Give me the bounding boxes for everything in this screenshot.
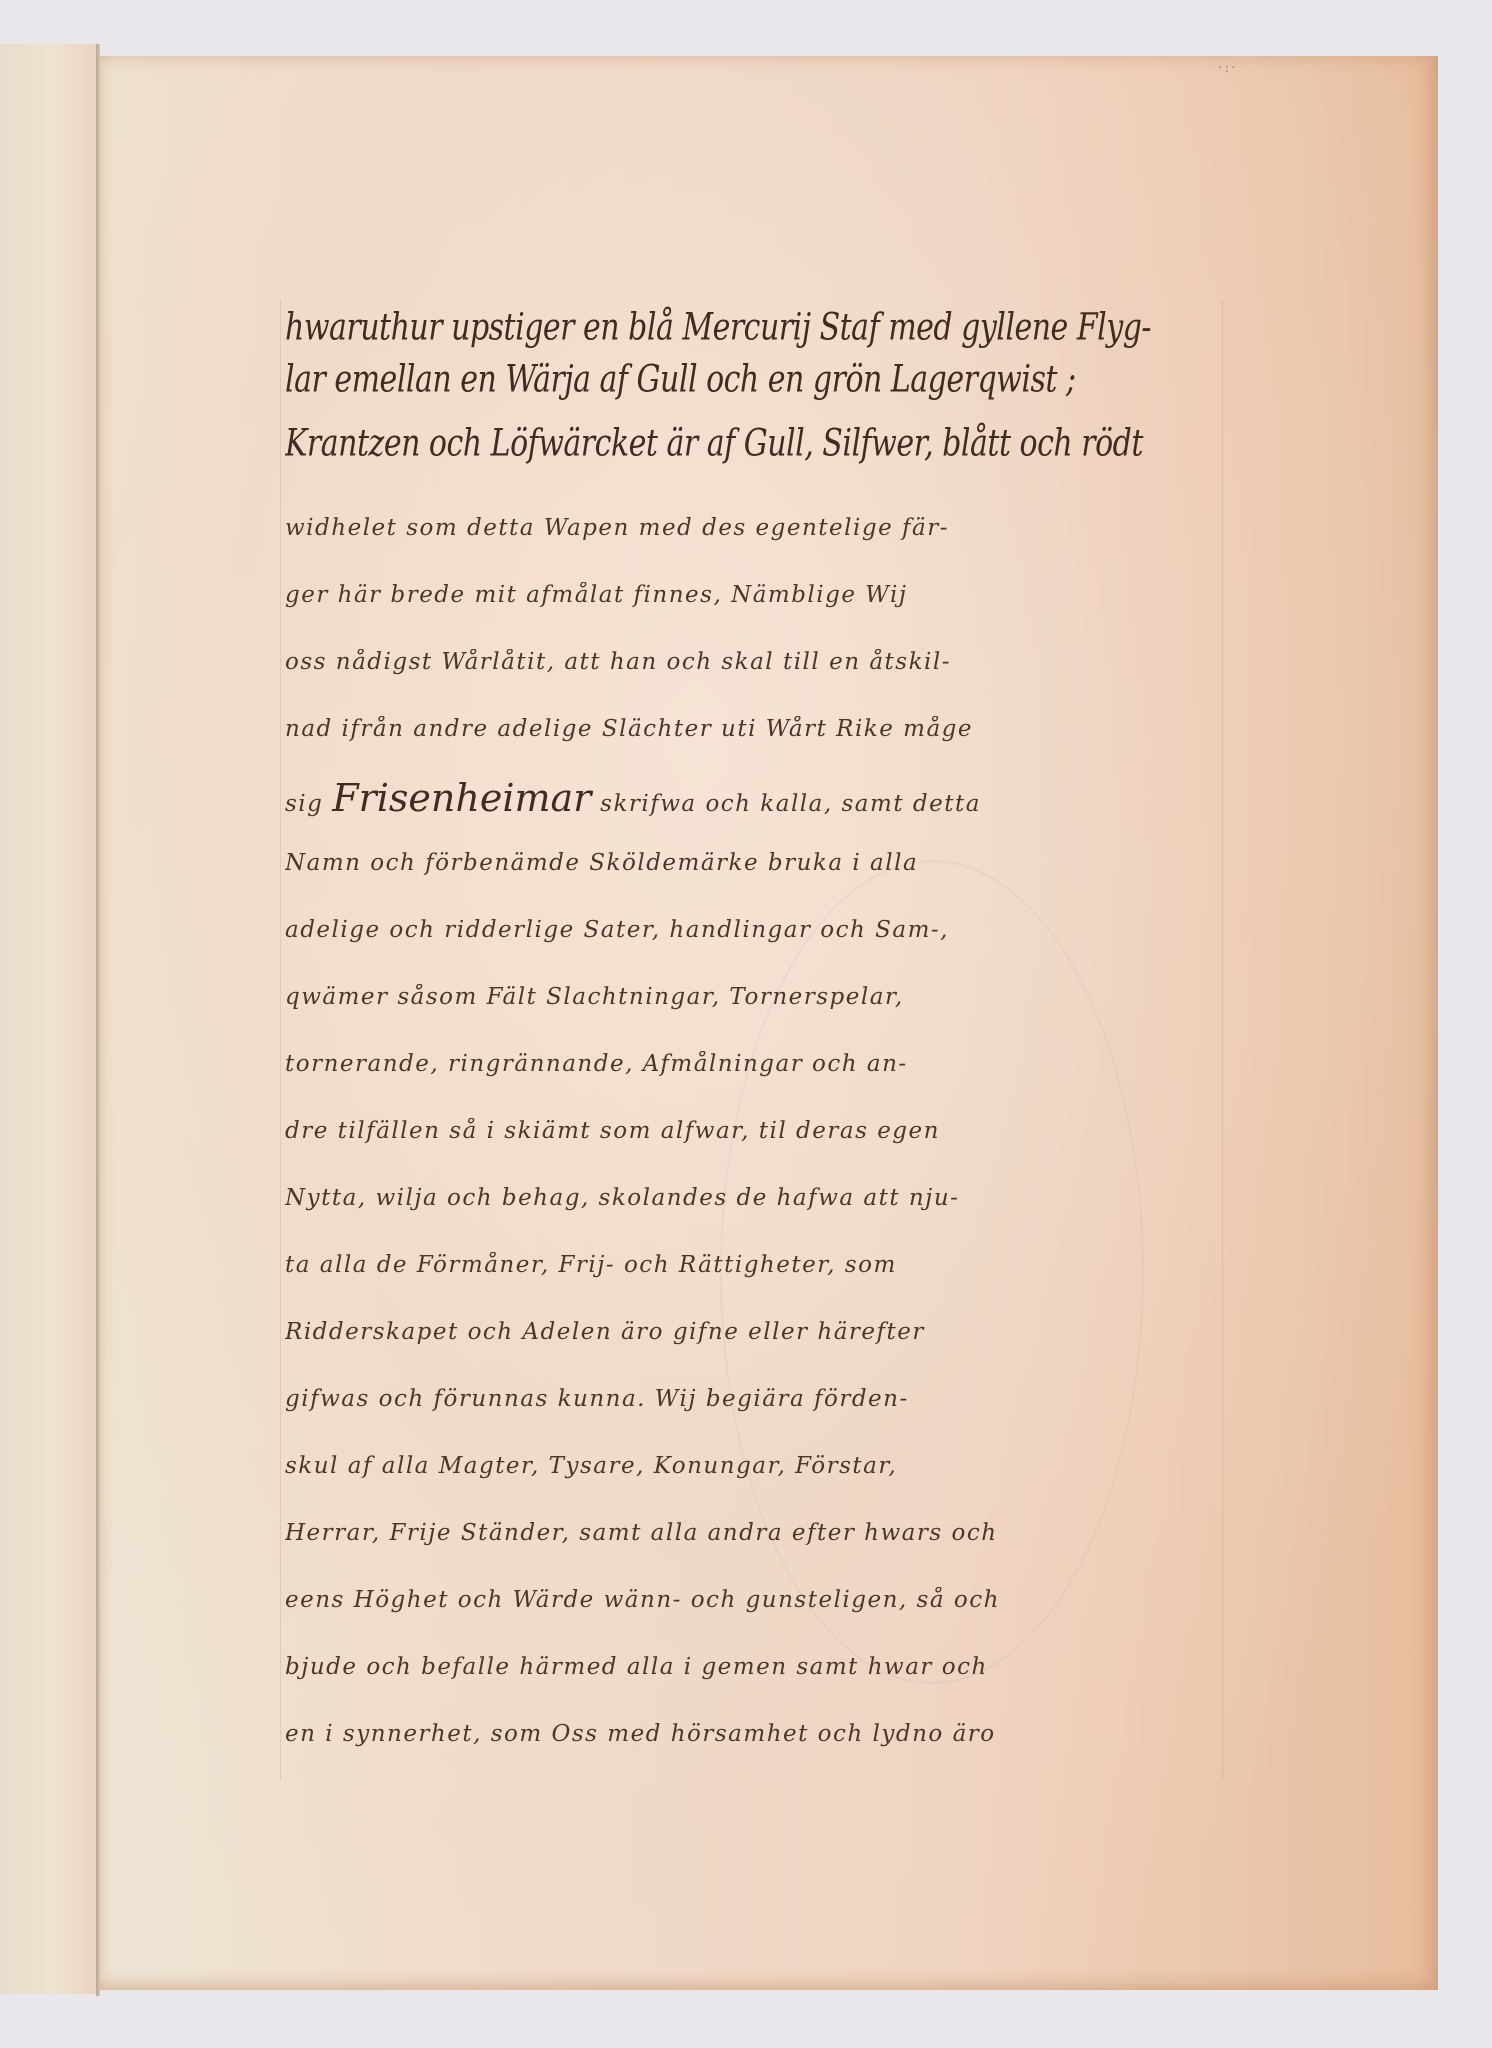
text-line-2: lar emellan en Wärja af Gull och en grön… (285, 358, 1245, 402)
line-8-suffix: skrifwa och kalla, samt detta (591, 791, 981, 817)
text-line-9: Namn och förbenämde Sköldemärke bruka i … (285, 850, 1245, 876)
text-line-3: Krantzen och Löfwärcket är af Gull, Silf… (285, 422, 1245, 466)
text-line-6: oss nådigst Wårlåtit, att han och skal t… (285, 649, 1245, 675)
text-line-19: Herrar, Frije Ständer, samt alla andra e… (285, 1520, 1245, 1546)
text-line-16: Ridderskapet och Adelen äro gifne eller … (285, 1319, 1245, 1345)
text-line-18: skul af alla Magter, Tysare, Konungar, F… (285, 1453, 1245, 1479)
text-line-17: gifwas och förunnas kunna. Wij begiära f… (285, 1386, 1245, 1412)
left-page-edge (0, 44, 100, 1994)
text-line-5: ger här brede mit afmålat finnes, Nämbli… (285, 582, 1245, 608)
family-name-frisenheimar: Frisenheimar (332, 776, 591, 820)
text-line-14: Nytta, wilja och behag, skolandes de haf… (285, 1185, 1245, 1211)
text-line-7: nad ifrån andre adelige Slächter uti Wår… (285, 716, 1245, 742)
text-line-11: qwämer såsom Fält Slachtningar, Tornersp… (285, 984, 1245, 1010)
text-line-15: ta alla de Förmåner, Frij- och Rättighet… (285, 1252, 1245, 1278)
text-line-20: eens Höghet och Wärde wänn- och gunsteli… (285, 1587, 1245, 1613)
left-margin-ruling (280, 300, 281, 1780)
text-line-4: widhelet som detta Wapen med des egentel… (285, 515, 1245, 541)
text-line-21: bjude och befalle härmed alla i gemen sa… (285, 1654, 1245, 1680)
text-line-8: sig Frisenheimar skrifwa och kalla, samt… (285, 776, 1245, 820)
text-line-22: en i synnerhet, som Oss med hörsamhet oc… (285, 1721, 1245, 1747)
line-8-prefix: sig (285, 791, 332, 817)
text-line-1: hwaruthur upstiger en blå Mercurij Staf … (285, 306, 1245, 350)
text-line-10: adelige och ridderlige Sater, handlingar… (285, 917, 1245, 943)
corner-mark: ·:· (1218, 60, 1238, 76)
text-line-12: tornerande, ringrännande, Afmålningar oc… (285, 1051, 1245, 1077)
text-line-13: dre tilfällen så i skiämt som alfwar, ti… (285, 1118, 1245, 1144)
